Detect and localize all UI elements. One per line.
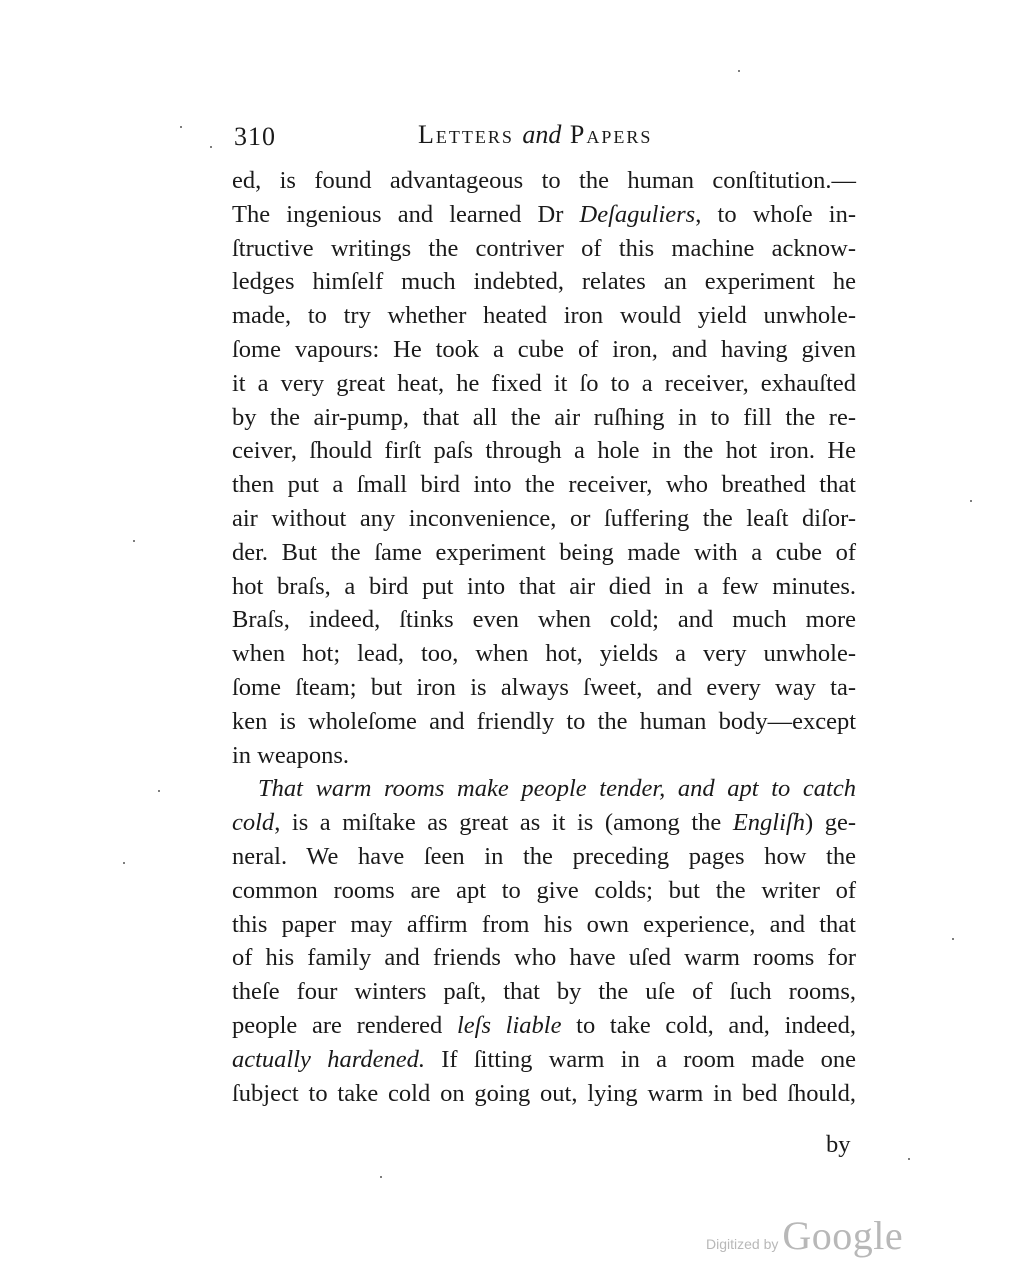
text-line: made, to try whether heated iron would y…	[232, 299, 856, 333]
running-title-italic: and	[522, 120, 561, 149]
text-span: to take cold, and, indeed,	[561, 1012, 856, 1039]
text-line: when hot; lead, too, when hot, yields a …	[232, 637, 856, 671]
body-text: ed, is found advantageous to the human c…	[232, 164, 856, 1110]
text-span: , is a miſtake as great as it is (among …	[274, 809, 733, 836]
text-line: hot braſs, a bird put into that air died…	[232, 570, 856, 604]
catchword: by	[826, 1131, 851, 1159]
text-line: ſtructive writings the contriver of this…	[232, 232, 856, 266]
text-span: leſs liable	[457, 1012, 562, 1039]
watermark-prefix: Digitized by	[706, 1236, 778, 1252]
text-line: this paper may affirm from his own exper…	[232, 908, 856, 942]
text-line: That warm rooms make people tender, and …	[232, 772, 856, 806]
text-line: theſe four winters paſt, that by the uſe…	[232, 975, 856, 1009]
text-line: The ingenious and learned Dr Deſaguliers…	[232, 198, 856, 232]
text-span: Engliſh	[733, 809, 805, 836]
text-line: der. But the ſame experiment being made …	[232, 536, 856, 570]
scan-speck	[180, 126, 182, 128]
text-span: If ſitting warm in a room made one	[425, 1046, 856, 1073]
text-span: , to whoſe in-	[695, 201, 856, 228]
running-title-post: Papers	[561, 120, 652, 149]
text-line: air without any inconvenience, or ſuffer…	[232, 502, 856, 536]
text-line: neral. We have ſeen in the preceding pag…	[232, 840, 856, 874]
text-line: people are rendered leſs liable to take …	[232, 1009, 856, 1043]
running-title: Letters and Papers	[418, 120, 652, 150]
text-span: cold	[232, 809, 274, 836]
text-line: common rooms are apt to give colds; but …	[232, 874, 856, 908]
scan-speck	[952, 938, 954, 940]
page-number: 310	[234, 122, 276, 152]
text-span: people are rendered	[232, 1012, 457, 1039]
scan-speck	[908, 1158, 910, 1160]
text-line: it a very great heat, he fixed it ſo to …	[232, 367, 856, 401]
text-span: ) ge-	[805, 809, 856, 836]
text-span: The ingenious and learned Dr	[232, 201, 580, 228]
scan-speck	[158, 790, 160, 792]
page-header: 310 Letters and Papers	[234, 118, 874, 158]
text-line: ken is wholeſome and friendly to the hum…	[232, 705, 856, 739]
text-line: of his family and friends who have uſed …	[232, 941, 856, 975]
text-line: ledges himſelf much indebted, relates an…	[232, 265, 856, 299]
text-span: actually hardened.	[232, 1046, 425, 1073]
text-line: ſome ſteam; but iron is always ſweet, an…	[232, 671, 856, 705]
text-line: ed, is found advantageous to the human c…	[232, 164, 856, 198]
scan-speck	[738, 70, 740, 72]
scan-speck	[210, 146, 212, 148]
scan-speck	[133, 540, 135, 542]
google-logo: Google	[782, 1213, 903, 1258]
scan-speck	[380, 1176, 382, 1178]
text-line: actually hardened. If ſitting warm in a …	[232, 1043, 856, 1077]
italic-name: Deſaguliers	[580, 201, 696, 228]
scanned-book-page: 310 Letters and Papers ed, is found adva…	[0, 0, 1014, 1282]
scan-speck	[123, 862, 125, 864]
text-line: Braſs, indeed, ſtinks even when cold; an…	[232, 603, 856, 637]
text-line: then put a ſmall bird into the receiver,…	[232, 468, 856, 502]
text-line: ſome vapours: He took a cube of iron, an…	[232, 333, 856, 367]
digitized-by-google-watermark: Digitized by Google	[706, 1212, 903, 1259]
running-title-pre: Letters	[418, 120, 522, 149]
text-line: ſubject to take cold on going out, lying…	[232, 1077, 856, 1111]
text-line: by the air-pump, that all the air ruſhin…	[232, 401, 856, 435]
text-line: ceiver, ſhould firſt paſs through a hole…	[232, 434, 856, 468]
text-line: in weapons.	[232, 739, 856, 773]
scan-speck	[970, 500, 972, 502]
text-line: cold, is a miſtake as great as it is (am…	[232, 806, 856, 840]
